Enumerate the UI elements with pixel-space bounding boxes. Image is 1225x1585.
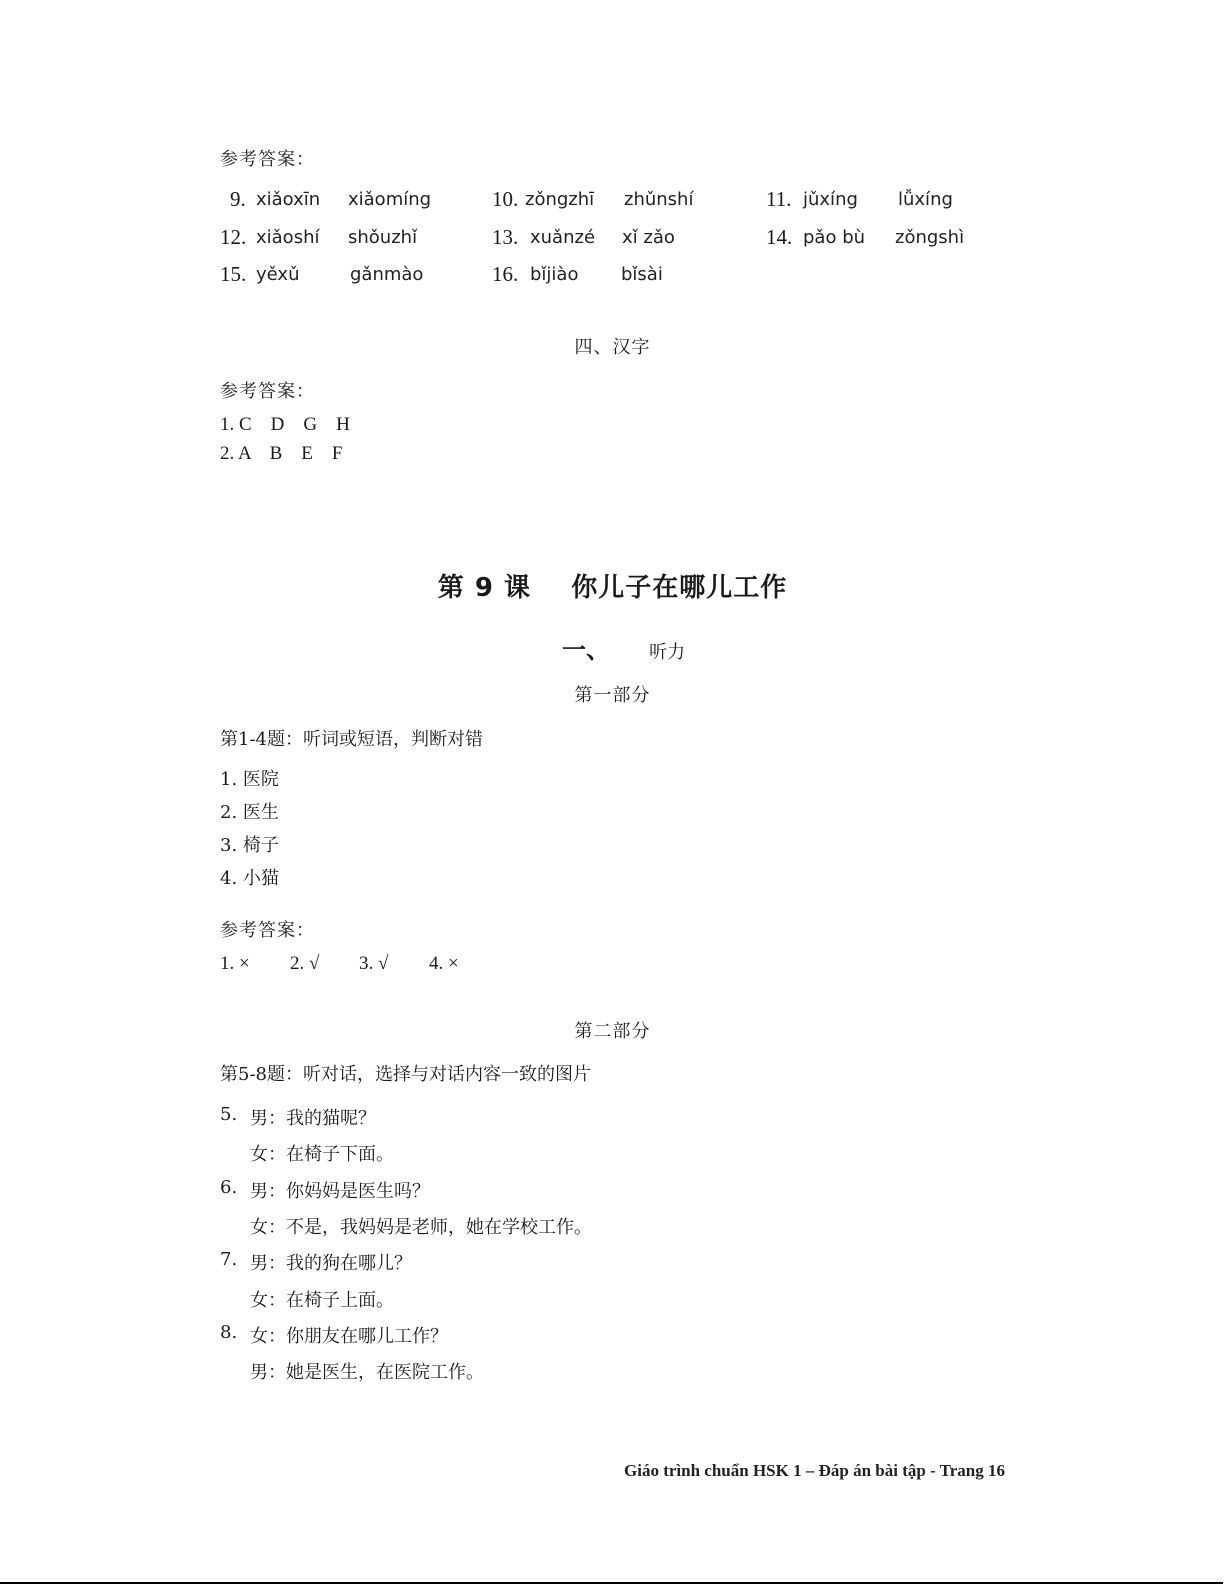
dialog-line: 女：在椅子下面。 (250, 1140, 394, 1166)
pinyin-b: xiǎomíng (348, 189, 431, 210)
answer-line: 1. C D G H (220, 414, 350, 436)
list-item: 2. 医生 (220, 798, 279, 824)
pinyin-b: bǐsài (621, 264, 663, 285)
dialog-line: 男：我的狗在哪儿？ (250, 1249, 412, 1275)
item-number: 12. (220, 225, 246, 250)
pinyin-b: lǚxíng (898, 189, 953, 210)
subsection-heading-part1: 第一部分 (0, 681, 1225, 707)
dialog-line: 男：她是医生，在医院工作。 (250, 1358, 484, 1384)
dialog-number: 7. (220, 1249, 237, 1270)
pinyin-a: xuǎnzé (530, 227, 595, 248)
answer-item: 3. √ (359, 953, 388, 975)
dialog-line: 女：不是，我妈妈是老师，她在学校工作。 (250, 1213, 592, 1239)
pinyin-b: zǒngshì (895, 227, 964, 248)
page-footer: Giáo trình chuẩn HSK 1 – Đáp án bài tập … (624, 1461, 1005, 1481)
answer-item: 1. × (220, 953, 250, 975)
instruction-1-4: 第1-4题：听词或短语，判断对错 (220, 725, 483, 751)
item-number: 13. (492, 225, 518, 250)
pinyin-b: zhǔnshí (624, 189, 693, 210)
lesson-title: 第 9 课 你儿子在哪儿工作 (0, 567, 1225, 604)
answer-line: 2. A B E F (220, 443, 342, 465)
dialog-line: 女：你朋友在哪儿工作？ (250, 1322, 448, 1348)
list-item: 4. 小猫 (220, 864, 279, 890)
item-number: 10. (492, 187, 518, 212)
answer-label: 参考答案： (220, 377, 315, 403)
item-number: 11. (766, 187, 791, 212)
section-heading-hanzi: 四、汉字 (0, 333, 1225, 359)
dialog-number: 8. (220, 1322, 237, 1343)
item-number: 16. (492, 262, 518, 287)
part-heading-number: 一、 (562, 636, 610, 664)
answer-label: 参考答案： (220, 145, 315, 171)
page-bottom-border (0, 1582, 1223, 1584)
pinyin-a: yěxǔ (256, 264, 299, 285)
dialog-line: 女：在椅子上面。 (250, 1286, 394, 1312)
dialog-number: 6. (220, 1177, 237, 1198)
pinyin-b: xǐ zǎo (622, 227, 675, 248)
answer-item: 4. × (429, 953, 459, 975)
pinyin-a: jǔxíng (803, 189, 858, 210)
pinyin-b: shǒuzhǐ (348, 227, 417, 248)
pinyin-a: xiǎoshí (256, 227, 319, 248)
subsection-heading-part2: 第二部分 (0, 1017, 1225, 1043)
part-heading-text: 听力 (649, 642, 685, 663)
list-item: 3. 椅子 (220, 831, 279, 857)
pinyin-a: bǐjiào (530, 264, 578, 285)
pinyin-a: pǎo bù (803, 227, 865, 248)
pinyin-b: gǎnmào (350, 264, 423, 285)
pinyin-a: zǒngzhī (525, 189, 594, 210)
answer-label: 参考答案： (220, 916, 315, 942)
pinyin-a: xiǎoxīn (256, 189, 320, 210)
list-item: 1. 医院 (220, 765, 279, 791)
dialog-number: 5. (220, 1104, 237, 1125)
dialog-line: 男：我的猫呢？ (250, 1104, 376, 1130)
item-number: 9. (230, 187, 246, 212)
answer-item: 2. √ (290, 953, 319, 975)
item-number: 15. (220, 262, 246, 287)
instruction-5-8: 第5-8题：听对话，选择与对话内容一致的图片 (220, 1060, 591, 1086)
item-number: 14. (766, 225, 792, 250)
part-heading: 一、 听力 (562, 630, 685, 665)
dialog-line: 男：你妈妈是医生吗？ (250, 1177, 430, 1203)
